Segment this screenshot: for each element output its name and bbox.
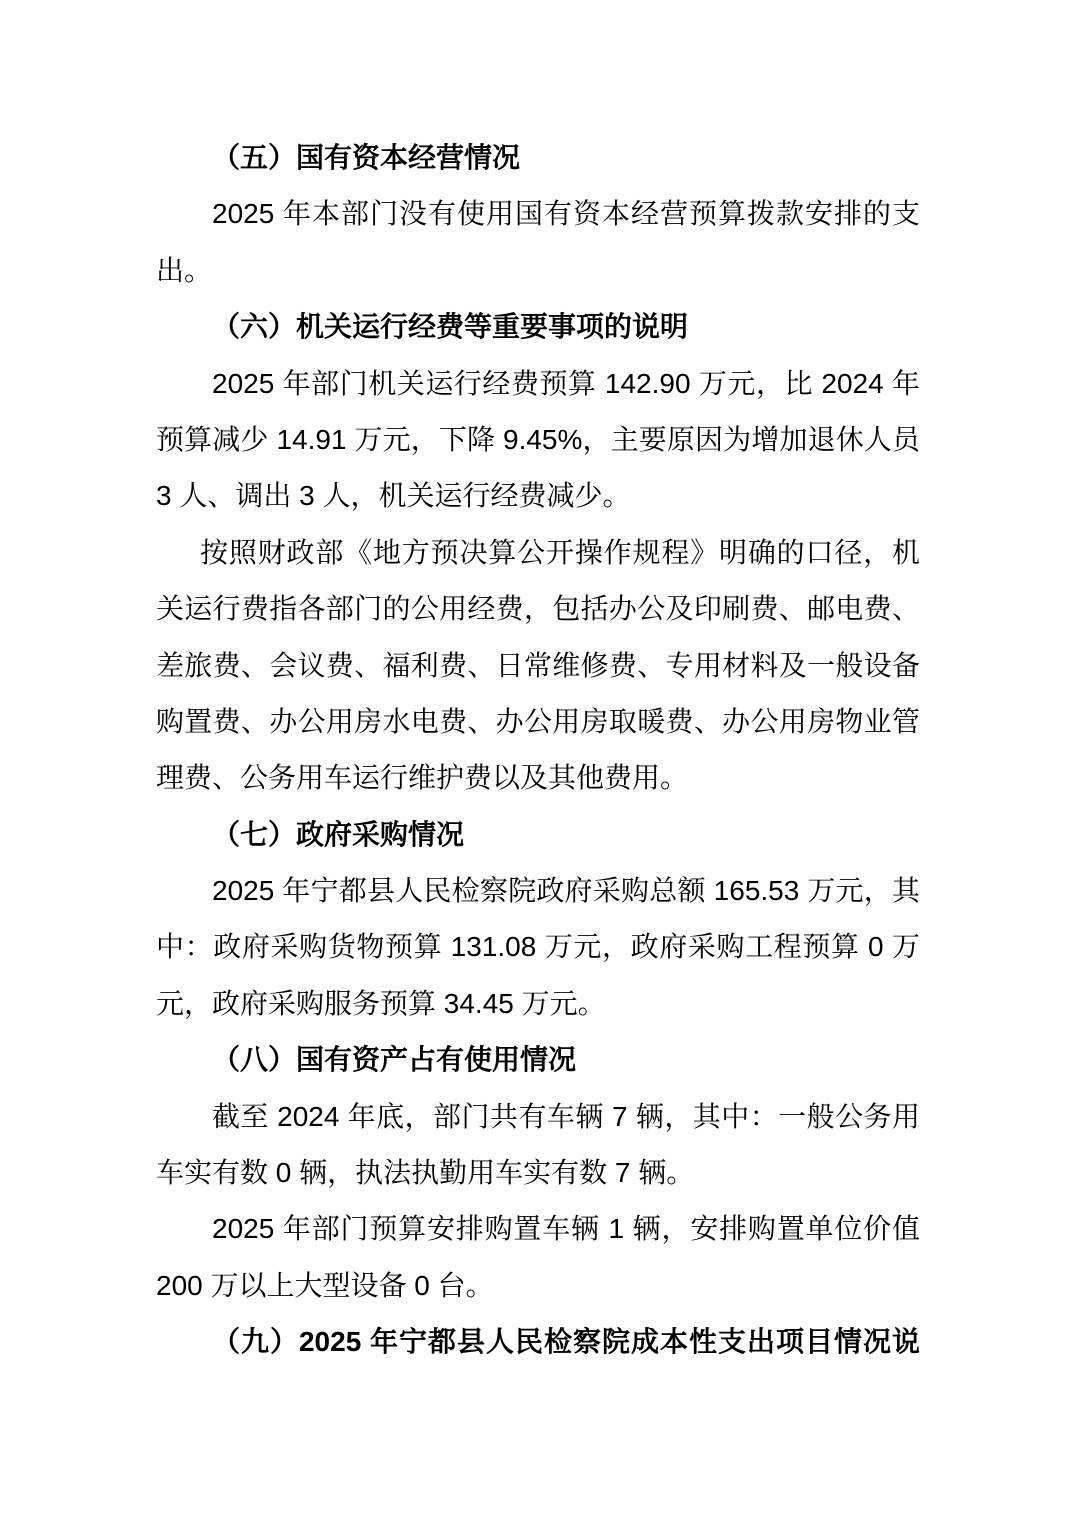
- text-line: 车实有数 0 辆，执法执勤用车实有数 7 辆。: [156, 1145, 920, 1201]
- text-line: 元，政府采购服务预算 34.45 万元。: [156, 976, 920, 1032]
- text-line: 理费、公务用车运行维护费以及其他费用。: [156, 750, 920, 806]
- text-line: 购置费、办公用房水电费、办公用房取暖费、办公用房物业管: [156, 694, 920, 750]
- text-line: 2025 年本部门没有使用国有资本经营预算拨款安排的支: [156, 186, 920, 242]
- text-line: （八）国有资产占有使用情况: [156, 1032, 920, 1088]
- section-heading: （六）机关运行经费等重要事项的说明: [156, 299, 920, 355]
- paragraph: 2025 年宁都县人民检察院政府采购总额 165.53 万元，其中：政府采购货物…: [156, 863, 920, 1032]
- text-line: 200 万以上大型设备 0 台。: [156, 1258, 920, 1314]
- paragraph: 2025 年部门预算安排购置车辆 1 辆，安排购置单位价值200 万以上大型设备…: [156, 1201, 920, 1314]
- text-line: 按照财政部《地方预决算公开操作规程》明确的口径，机: [156, 525, 920, 581]
- paragraph: 按照财政部《地方预决算公开操作规程》明确的口径，机关运行费指各部门的公用经费，包…: [156, 525, 920, 807]
- text-line: 截至 2024 年底，部门共有车辆 7 辆，其中：一般公务用: [156, 1089, 920, 1145]
- text-line: （五）国有资本经营情况: [156, 130, 920, 186]
- text-line: （九）2025 年宁都县人民检察院成本性支出项目情况说: [156, 1314, 920, 1370]
- text-line: 2025 年宁都县人民检察院政府采购总额 165.53 万元，其: [156, 863, 920, 919]
- text-line: 差旅费、会议费、福利费、日常维修费、专用材料及一般设备: [156, 638, 920, 694]
- text-line: 3 人、调出 3 人，机关运行经费减少。: [156, 468, 920, 524]
- document-page: （五）国有资本经营情况2025 年本部门没有使用国有资本经营预算拨款安排的支出。…: [0, 0, 1074, 1520]
- section-heading: （八）国有资产占有使用情况: [156, 1032, 920, 1088]
- text-line: 关运行费指各部门的公用经费，包括办公及印刷费、邮电费、: [156, 581, 920, 637]
- section-heading: （九）2025 年宁都县人民检察院成本性支出项目情况说: [156, 1314, 920, 1370]
- text-line: （七）政府采购情况: [156, 807, 920, 863]
- text-line: 2025 年部门机关运行经费预算 142.90 万元，比 2024 年: [156, 356, 920, 412]
- text-line: 出。: [156, 243, 920, 299]
- paragraph: 2025 年部门机关运行经费预算 142.90 万元，比 2024 年预算减少 …: [156, 356, 920, 525]
- text-line: （六）机关运行经费等重要事项的说明: [156, 299, 920, 355]
- document-content: （五）国有资本经营情况2025 年本部门没有使用国有资本经营预算拨款安排的支出。…: [156, 130, 920, 1371]
- text-line: 中：政府采购货物预算 131.08 万元，政府采购工程预算 0 万: [156, 919, 920, 975]
- paragraph: 截至 2024 年底，部门共有车辆 7 辆，其中：一般公务用车实有数 0 辆，执…: [156, 1089, 920, 1202]
- section-heading: （七）政府采购情况: [156, 807, 920, 863]
- paragraph: 2025 年本部门没有使用国有资本经营预算拨款安排的支出。: [156, 186, 920, 299]
- text-line: 预算减少 14.91 万元，下降 9.45%，主要原因为增加退休人员: [156, 412, 920, 468]
- section-heading: （五）国有资本经营情况: [156, 130, 920, 186]
- text-line: 2025 年部门预算安排购置车辆 1 辆，安排购置单位价值: [156, 1201, 920, 1257]
